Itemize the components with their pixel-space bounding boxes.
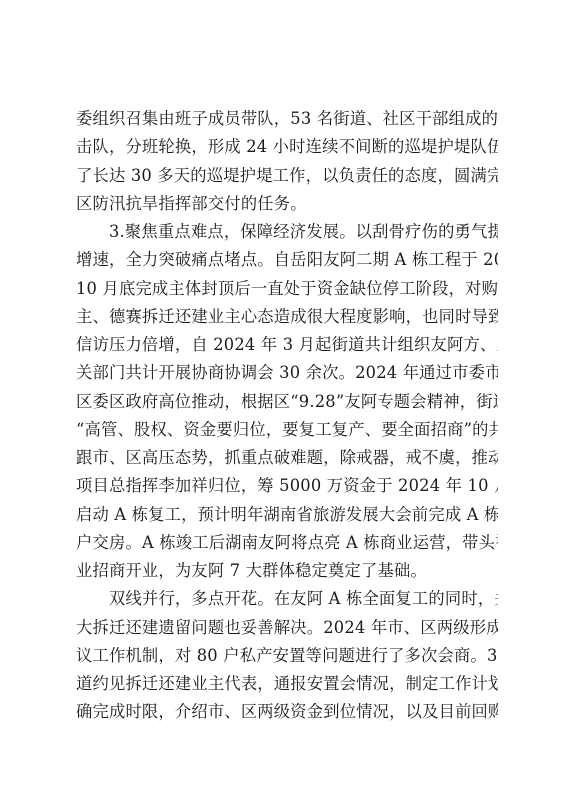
text-line: 了长达 30 多天的巡堤护堤工作，以负责任的态度，圆满完成了 xyxy=(76,162,498,190)
text-line: 主、德赛拆迁还建业主心态造成很大程度影响，也同时导致街道 xyxy=(76,303,498,331)
text-line: 区防汛抗旱指挥部交付的任务。 xyxy=(76,190,498,218)
paragraph-flood-patrol: 委组织召集由班子成员带队，53 名街道、社区干部组成的防汛突 击队，分班轮换，形… xyxy=(76,105,498,218)
text-line: 项目总指挥李加祥归位，筹 5000 万资金于 2024 年 10 月 23 日 xyxy=(76,472,498,500)
text-line: 道约见拆迁还建业主代表，通报安置会情况，制定工作计划，明 xyxy=(76,670,498,698)
text-line: 信访压力倍增，自 2024 年 3 月起街道共计组织友阿方、业主、相 xyxy=(76,331,498,359)
paragraph-economic-development: 3.聚焦重点难点，保障经济发展。以刮骨疗伤的勇气提经济 增速，全力突破痛点堵点。… xyxy=(76,218,498,585)
text-line: 启动 A 栋复工，预计明年湖南省旅游发展大会前完成 A 栋 701 xyxy=(76,501,498,529)
paragraph-dual-track: 双线并行，多点开花。在友阿 A 栋全面复工的同时，关于国 大拆迁还建遗留问题也妥… xyxy=(76,585,498,726)
text-line: 户交房。A 栋竣工后湖南友阿将点亮 A 栋商业运营，带头裙楼商 xyxy=(76,529,498,557)
text-line: 大拆迁还建遗留问题也妥善解决。2024 年市、区两级形成联席会 xyxy=(76,614,498,642)
text-line: “高管、股权、资金要归位，要复工复产、要全面招商”的共识，紧 xyxy=(76,416,498,444)
text-line: 关部门共计开展协商协调会 30 余次。2024 年通过市委市政府、 xyxy=(76,359,498,387)
text-line: 10 月底完成主体封顶后一直处于资金缺位停工阶段，对购房业 xyxy=(76,275,498,303)
document-page: 委组织召集由班子成员带队，53 名街道、社区干部组成的防汛突 击队，分班轮换，形… xyxy=(76,105,498,727)
text-line: 业招商开业，为友阿 7 大群体稳定奠定了基础。 xyxy=(76,557,498,585)
text-line: 增速，全力突破痛点堵点。自岳阳友阿二期 A 栋工程于 2023 年 xyxy=(76,246,498,274)
text-line: 区委区政府高位推动，根据区“9.28”友阿专题会精神，街道围绕 xyxy=(76,388,498,416)
text-line: 议工作机制，对 80 户私产安置等问题进行了多次会商。3-4 月街 xyxy=(76,642,498,670)
text-line: 双线并行，多点开花。在友阿 A 栋全面复工的同时，关于国 xyxy=(76,585,498,613)
text-line: 确完成时限，介绍市、区两级资金到位情况，以及目前回购工作 xyxy=(76,698,498,726)
text-line: 跟市、区高压态势，抓重点破难题，除戒器，戒不虞，推动原友阿 xyxy=(76,444,498,472)
section-heading-line: 3.聚焦重点难点，保障经济发展。以刮骨疗伤的勇气提经济 xyxy=(76,218,498,246)
text-line: 委组织召集由班子成员带队，53 名街道、社区干部组成的防汛突 xyxy=(76,105,498,133)
text-line: 击队，分班轮换，形成 24 小时连续不间断的巡堤护堤队伍，开展 xyxy=(76,133,498,161)
